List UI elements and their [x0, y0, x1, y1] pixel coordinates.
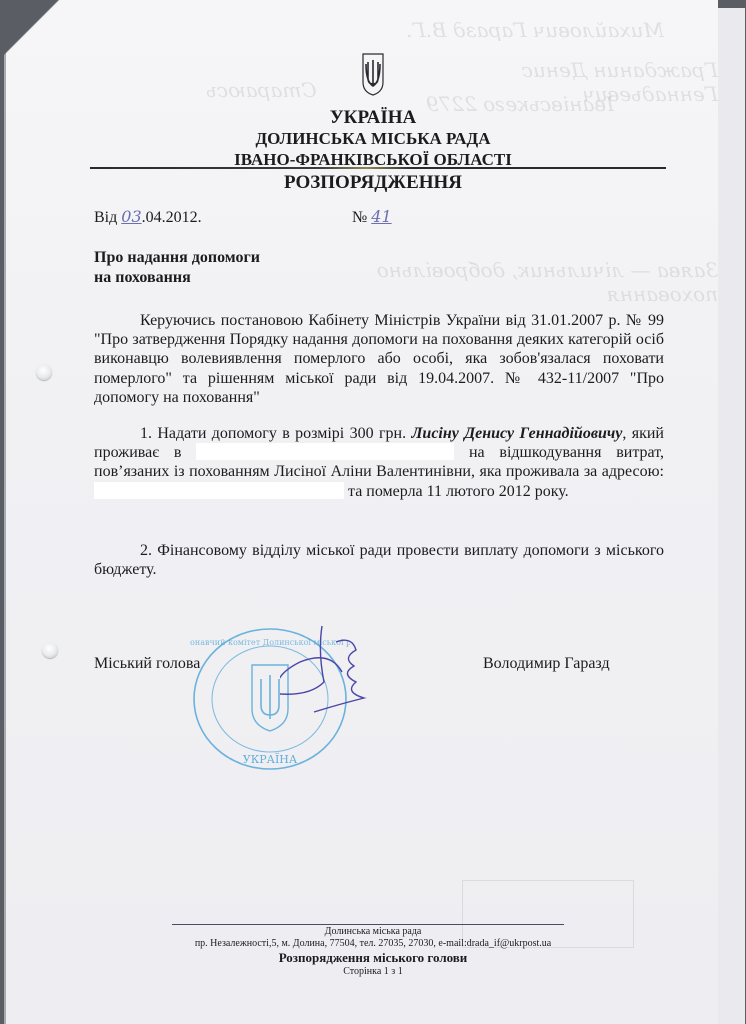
- item-1-paragraph: 1. Надати допомогу в розмірі 300 грн. Ли…: [94, 424, 664, 501]
- footer-divider: [172, 924, 564, 925]
- subject-line: на поховання: [94, 268, 260, 288]
- svg-text:УКРАЇНА: УКРАЇНА: [243, 752, 298, 766]
- bleed-through-text: Михайлович Гарaзд В.Г.: [406, 18, 664, 42]
- council-heading: ДОЛИНСЬКА МІСЬКА РАДА: [0, 128, 746, 149]
- handwritten-day: 03: [121, 207, 141, 226]
- document-date: Від 03.04.2012.: [94, 207, 202, 227]
- redacted-address: [196, 443, 454, 460]
- number-label: №: [352, 209, 371, 226]
- date-label: Від: [94, 209, 121, 226]
- recipient-name: Лисіну Денису Геннадійовичу: [411, 425, 622, 442]
- trident-coat-of-arms-icon: [362, 52, 384, 96]
- country-heading: УКРАЇНА: [0, 107, 746, 128]
- letterhead: УКРАЇНА ДОЛИНСЬКА МІСЬКА РАДА ІВАНО-ФРАН…: [0, 52, 746, 170]
- redacted-address: [94, 482, 344, 499]
- signatory-position: Міський голова: [94, 655, 200, 673]
- punch-hole: [42, 642, 58, 658]
- document-type-title: РОЗПОРЯДЖЕННЯ: [0, 172, 746, 194]
- footer-organization: Долинська міська рада: [0, 926, 746, 938]
- punch-hole: [36, 364, 52, 380]
- item-1-text: та померла 11 лютого 2012 року.: [344, 483, 569, 500]
- header-divider: [90, 167, 666, 169]
- signatory-name: Володимир Гаразд: [483, 655, 610, 673]
- footer-document-title: Розпорядження міського голови: [0, 950, 746, 966]
- document-subject: Про надання допомоги на поховання: [94, 248, 260, 288]
- subject-line: Про надання допомоги: [94, 248, 260, 268]
- handwritten-number: 41: [371, 207, 391, 226]
- footer-address: пр. Незалежності,5, м. Долина, 77504, те…: [0, 938, 746, 950]
- item-1-text: 1. Надати допомогу в розмірі 300 грн.: [140, 425, 411, 442]
- date-rest: .04.2012.: [142, 209, 202, 226]
- page-number: Сторінка 1 з 1: [0, 966, 746, 978]
- bleed-through-text: Заява — лічильник, добровільно поховання: [286, 258, 718, 306]
- preamble-paragraph: Керуючись постановою Кабінету Міністрів …: [94, 311, 664, 407]
- document-footer: Долинська міська рада пр. Незалежності,5…: [0, 926, 746, 978]
- handwritten-signature: [280, 622, 390, 732]
- item-2-paragraph: 2. Фінансовому відділу міської ради пров…: [94, 541, 664, 579]
- document-number: № 41: [352, 207, 392, 227]
